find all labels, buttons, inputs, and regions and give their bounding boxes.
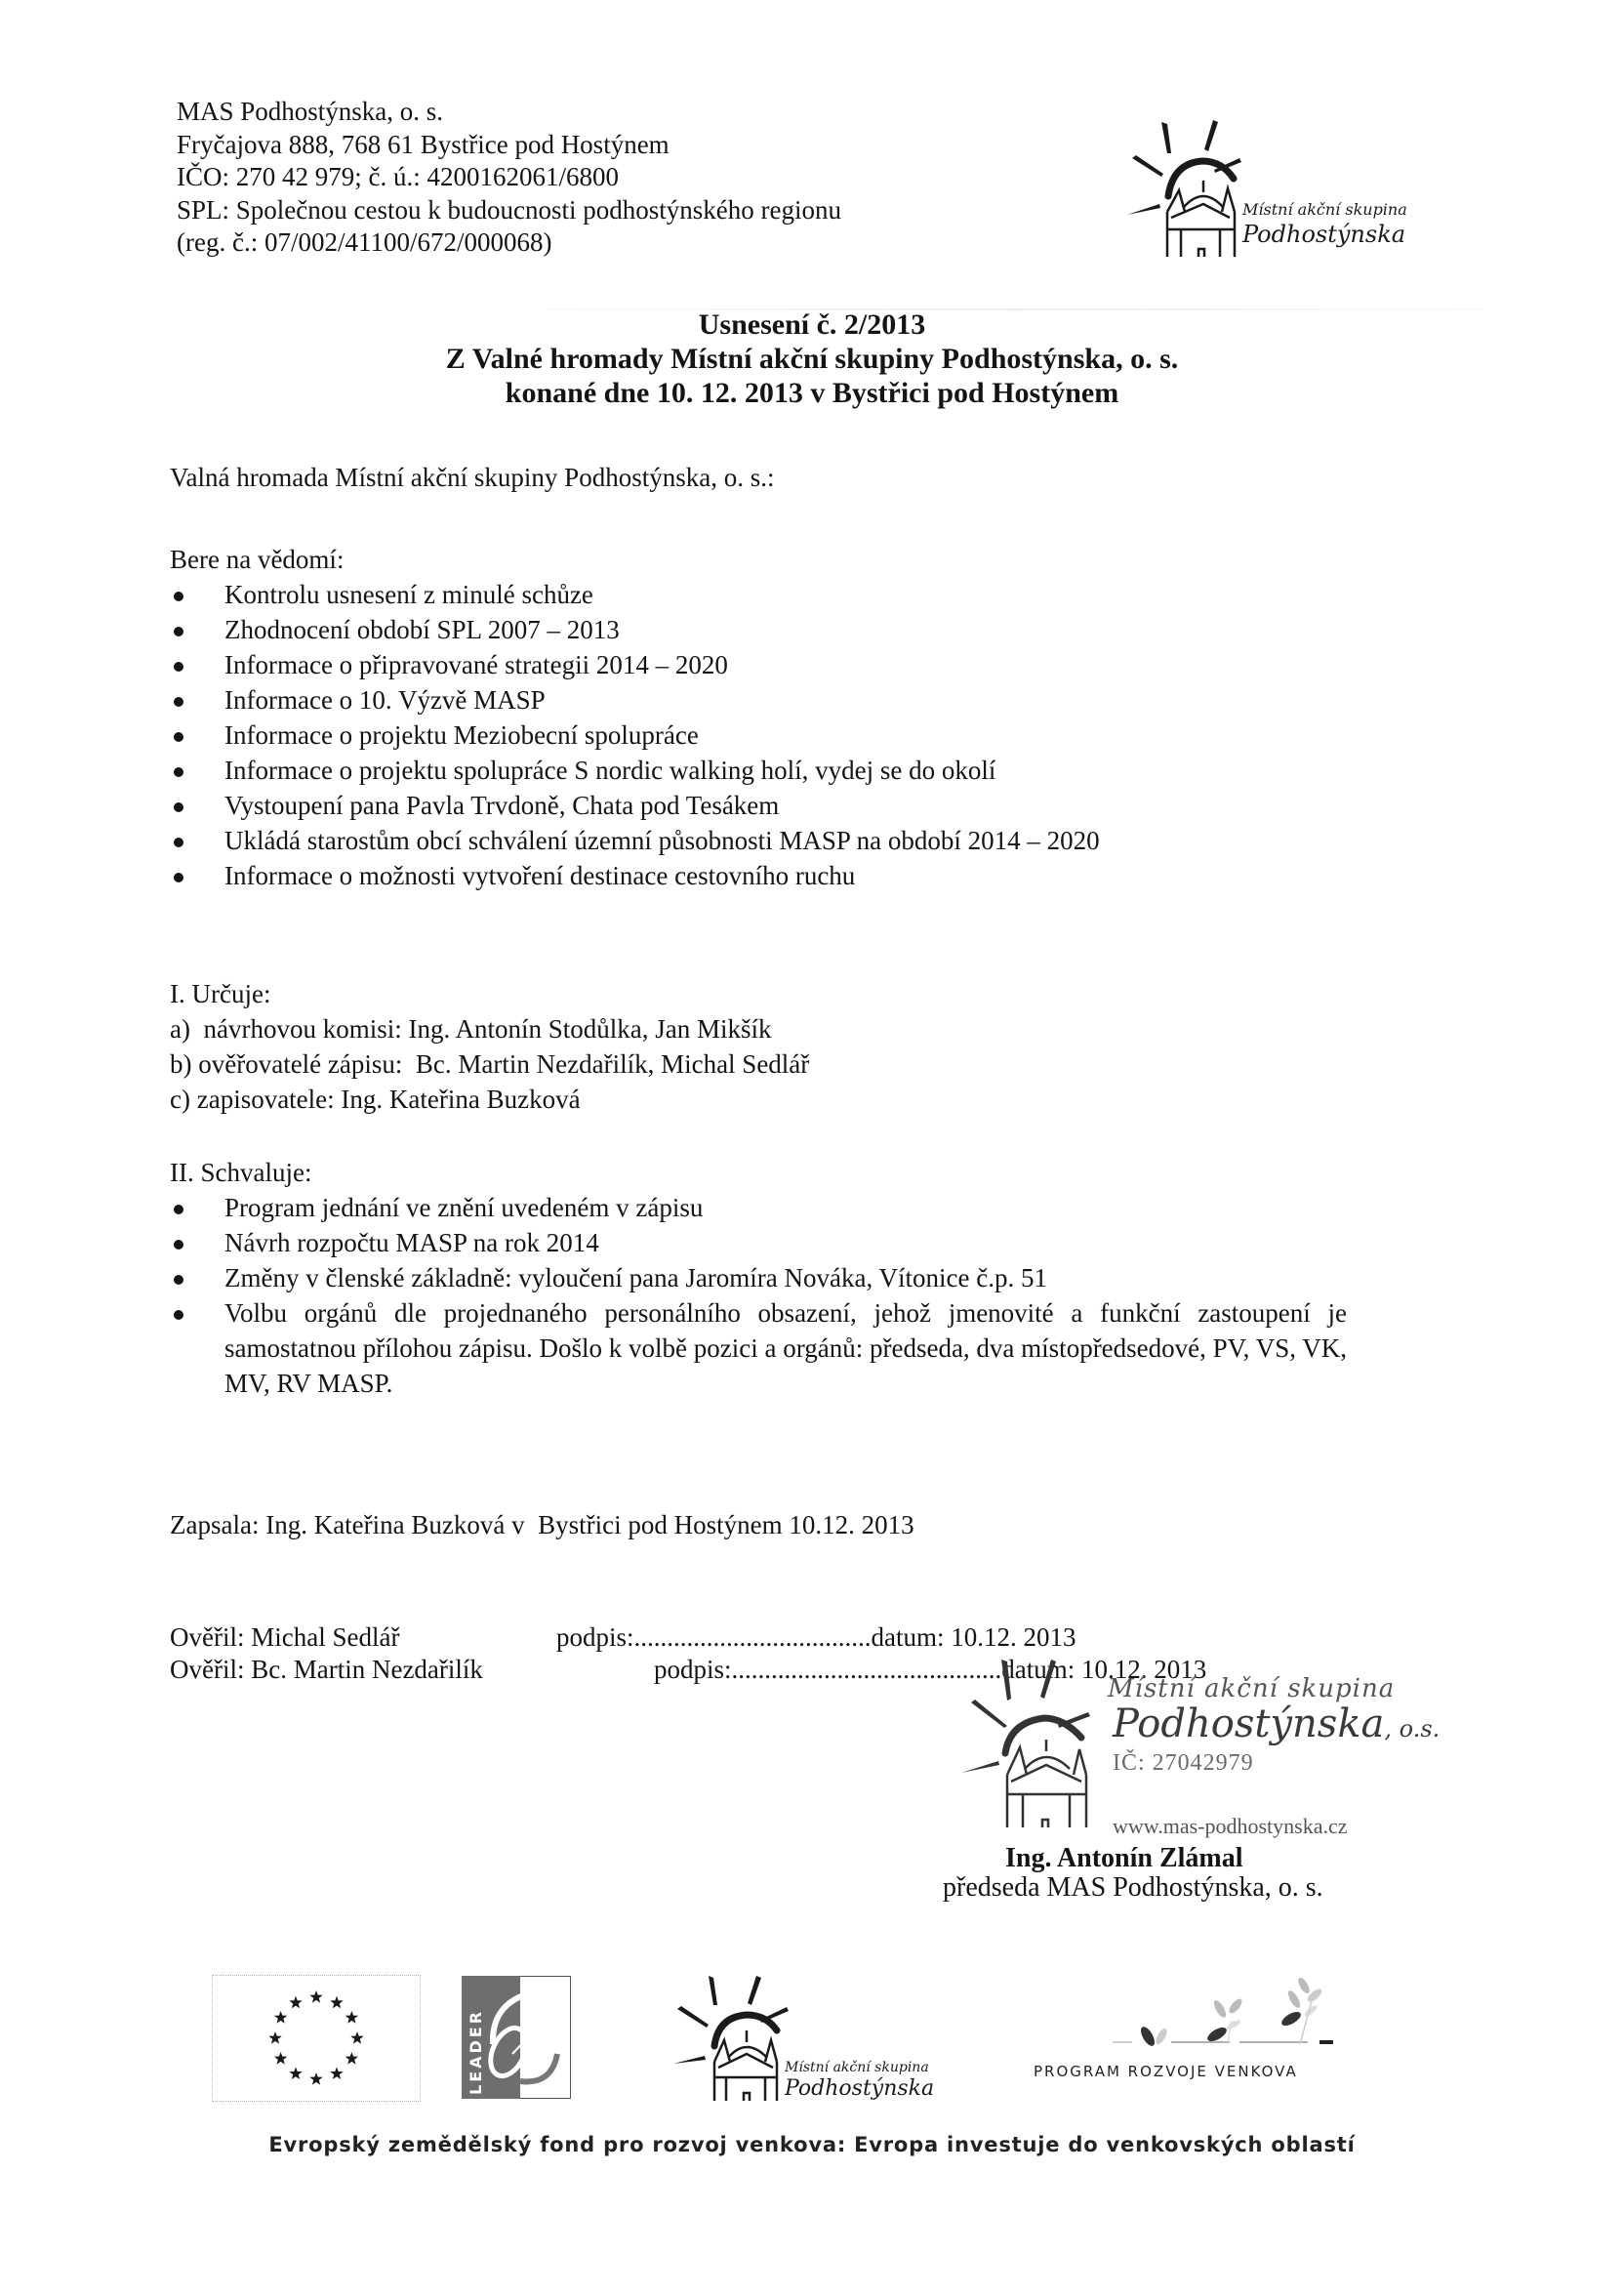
- org-address: Fryčajova 888, 768 61 Bystřice pod Hostý…: [177, 129, 841, 162]
- bullet-icon: [174, 1240, 183, 1250]
- leader-label: LEADER: [467, 2009, 485, 2095]
- prv-leaves-logo: [1113, 1972, 1425, 2050]
- org-ico: IČO: 270 42 979; č. ú.: 4200162061/6800: [177, 161, 841, 194]
- mas-logo-header: Místní akční skupina Podhostýnska: [1093, 102, 1444, 268]
- title-date-place: konané dne 10. 12. 2013 v Bystřici pod H…: [0, 376, 1624, 410]
- urcuje-item-b: b) ověřovatelé zápisu: Bc. Martin Nezdař…: [170, 1046, 809, 1082]
- document-title: Usnesení č. 2/2013 Z Valné hromady Místn…: [0, 307, 1624, 410]
- schvaluje-list: Program jednání ve znění uvedeném v zápi…: [170, 1190, 1341, 1401]
- logo-caption-line1: Místní akční skupina: [1241, 200, 1407, 219]
- verification-row: Ověřil: Michal Sedlářpodpis:............…: [170, 1619, 1076, 1655]
- list-item: Informace o projektu Meziobecní spoluprá…: [170, 717, 1100, 753]
- stamp-caption-line1: Místní akční skupina: [1108, 1674, 1395, 1703]
- bullet-icon: [174, 1205, 183, 1214]
- list-item: Kontrolu usnesení z minulé schůze: [170, 577, 1100, 612]
- signature-label: podpis:: [556, 1622, 634, 1652]
- bullet-icon: [174, 662, 183, 672]
- section-heading-schvaluje: II. Schvaluje:: [170, 1155, 311, 1190]
- stamp-caption-line2: Podhostýnska, o.s.: [1113, 1701, 1440, 1746]
- list-item: Informace o 10. Výzvě MASP: [170, 682, 1100, 717]
- bullet-icon: [174, 732, 183, 742]
- stamp-ic: IČ: 27042979: [1113, 1750, 1254, 1777]
- sun-church-logo-icon: Místní akční skupina Podhostýnska: [1093, 102, 1444, 268]
- bullet-icon: [174, 592, 183, 601]
- list-item: Program jednání ve znění uvedeném v zápi…: [170, 1190, 1341, 1225]
- mas-logo-footer: Místní akční skupina Podhostýnska: [664, 1970, 1015, 2107]
- footer-logo-caption-line2: Podhostýnska: [784, 2076, 934, 2101]
- signature-label: podpis:: [654, 1655, 732, 1684]
- eu-flag-logo: [212, 1975, 421, 2102]
- list-item: Zhodnocení období SPL 2007 – 2013: [170, 612, 1100, 647]
- section-urcuje: I. Určuje: a) návrhovou komisi: Ing. Ant…: [170, 976, 809, 1117]
- leader-logo: LEADER: [462, 1976, 571, 2099]
- bullet-icon: [174, 767, 183, 777]
- signature-line: ....................................: [634, 1622, 872, 1652]
- urcuje-item-a: a) návrhovou komisi: Ing. Antonín Stodůl…: [170, 1011, 809, 1046]
- signer-name: Ing. Antonín Zlámal: [1005, 1843, 1243, 1874]
- footer-logo-caption-line1: Místní akční skupina: [784, 2060, 929, 2075]
- bullet-icon: [174, 873, 183, 882]
- title-assembly: Z Valné hromady Místní akční skupiny Pod…: [0, 342, 1624, 376]
- list-item: Volbu orgánů dle projednaného personální…: [170, 1295, 1347, 1401]
- org-spl: SPL: Společnou cestou k budoucnosti podh…: [177, 194, 841, 227]
- org-name: MAS Podhostýnska, o. s.: [177, 96, 841, 129]
- list-item: Informace o připravované strategii 2014 …: [170, 647, 1100, 682]
- bullet-icon: [174, 697, 183, 707]
- bullet-icon: [174, 1310, 183, 1320]
- bullet-icon: [174, 802, 183, 812]
- bullet-icon: [174, 838, 183, 847]
- bullet-icon: [174, 627, 183, 636]
- list-item: Informace o projektu spolupráce S nordic…: [170, 753, 1100, 788]
- recorded-by: Zapsala: Ing. Kateřina Buzková v Bystřic…: [170, 1507, 914, 1542]
- signer-role: předseda MAS Podhostýnska, o. s.: [943, 1872, 1323, 1904]
- bere-list: Kontrolu usnesení z minulé schůze Zhodno…: [170, 577, 1100, 893]
- stamp-website: www.mas-podhostynska.cz: [1113, 1814, 1348, 1839]
- organization-address-block: MAS Podhostýnska, o. s. Fryčajova 888, 7…: [177, 96, 841, 260]
- list-item: Změny v členské základně: vyloučení pana…: [170, 1260, 1341, 1295]
- section-heading-bere: Bere na vědomí:: [170, 542, 344, 577]
- fund-slogan: Evropský zemědělský fond pro rozvoj venk…: [0, 2133, 1624, 2156]
- list-item: Informace o možnosti vytvoření destinace…: [170, 858, 1100, 893]
- list-item: Návrh rozpočtu MASP na rok 2014: [170, 1225, 1341, 1260]
- prv-label: PROGRAM ROZVOJE VENKOVA: [1034, 2063, 1298, 2080]
- leaves-icon: [1113, 1972, 1425, 2050]
- resolution-number: Usnesení č. 2/2013: [0, 307, 1624, 342]
- intro-text: Valná hromada Místní akční skupiny Podho…: [170, 460, 774, 495]
- verifier-name: Ověřil: Bc. Martin Nezdařilík: [170, 1652, 654, 1687]
- leader-icon: LEADER: [462, 1976, 571, 2099]
- verification-date: datum: 10.12. 2013: [872, 1622, 1076, 1652]
- urcuje-item-c: c) zapisovatele: Ing. Kateřina Buzková: [170, 1082, 809, 1117]
- logo-caption-line2: Podhostýnska: [1241, 221, 1405, 248]
- sun-church-logo-icon: Místní akční skupina Podhostýnska: [664, 1970, 1015, 2107]
- section-heading-urcuje: I. Určuje:: [170, 976, 809, 1011]
- verifier-name: Ověřil: Michal Sedlář: [170, 1619, 556, 1655]
- org-reg: (reg. č.: 07/002/41100/672/000068): [177, 226, 841, 260]
- list-item: Vystoupení pana Pavla Trvdoně, Chata pod…: [170, 788, 1100, 823]
- bullet-icon: [174, 1275, 183, 1285]
- eu-stars-icon: [213, 1976, 420, 2101]
- list-item: Ukládá starostům obcí schválení územní p…: [170, 823, 1100, 858]
